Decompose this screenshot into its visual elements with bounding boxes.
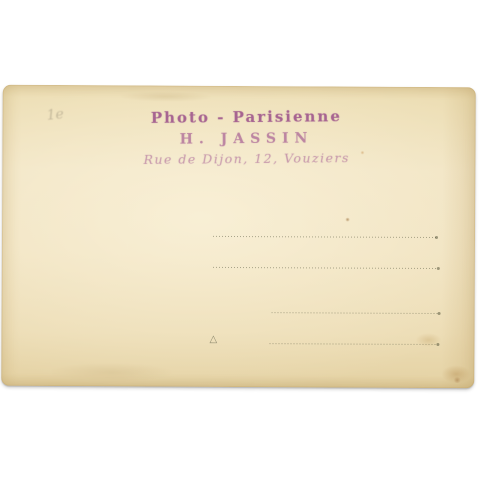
- address-line-2: [213, 267, 438, 269]
- age-stain: [51, 363, 171, 382]
- printer-triangle-mark: △: [209, 335, 217, 345]
- age-stain: [453, 377, 461, 383]
- stamp-address: Rue de Dijon, 12, Vouziers: [135, 150, 359, 167]
- stamp-photographer-name: H. JASSIN: [134, 130, 358, 148]
- age-stain: [441, 365, 471, 383]
- age-stain: [345, 218, 350, 222]
- age-stain: [121, 91, 211, 101]
- address-line-4: [269, 343, 437, 345]
- stamp-studio-name: Photo - Parisienne: [134, 107, 358, 127]
- pencil-inscription: 1e: [46, 106, 65, 124]
- postcard-back: 1e Photo - Parisienne H. JASSIN Rue de D…: [1, 85, 476, 388]
- address-line-1: [213, 236, 436, 238]
- age-stain: [360, 151, 364, 155]
- address-line-3: [272, 312, 439, 314]
- photographer-stamp: Photo - Parisienne H. JASSIN Rue de Dijo…: [134, 107, 358, 167]
